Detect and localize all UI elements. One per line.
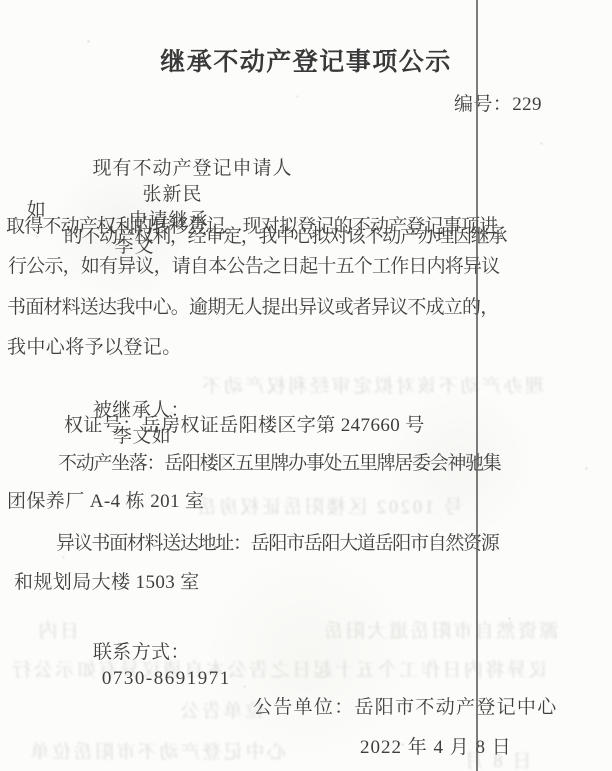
scanned-notice-page: 理办产动不该对拟定审经利权产动不 号 10202 区楼阳岳证权房岳 源资然自市阳… <box>0 0 612 771</box>
doc-number: 编号：229 <box>454 92 542 118</box>
contact-label: 联系方式： <box>93 640 190 666</box>
paragraph-line-5: 书面材料送达我中心。逾期无人提出异议或者异议不成立的， <box>7 295 498 321</box>
objection-address-line-2: 和规划局大楼 1503 室 <box>14 570 200 596</box>
scan-noise-speckles <box>0 0 1 1</box>
notice-content: 继承不动产登记事项公示 编号：229 现有不动产登记申请人 张新民 申请继承 李… <box>0 0 612 771</box>
contact-line: 联系方式： 0730-8691971 <box>62 614 231 718</box>
objection-address-line-1: 异议书面材料送达地址：岳阳市岳阳大道岳阳市自然资源 <box>56 531 499 557</box>
issuer-line: 公告单位：岳阳市不动产登记中心 <box>253 695 558 721</box>
notice-title: 继承不动产登记事项公示 <box>0 42 612 78</box>
contact-phone-number: 0730-8691971 <box>102 666 231 692</box>
property-location-line-2: 团保养厂 A-4 栋 201 室 <box>7 489 204 515</box>
certificate-line: 权证号：岳房权证岳阳楼区字第 247660 号 <box>64 413 425 439</box>
page-fold-line <box>476 0 478 771</box>
property-location-line-1: 不动产坐落：岳阳楼区五里牌办事处五里牌居委会神驰集 <box>58 451 501 477</box>
date-line: 2022 年 4 月 8 日 <box>360 735 512 761</box>
paragraph-line-3: 取得不动产权利的转移登记。现对拟登记的不动产登记事项进 <box>6 214 497 240</box>
paragraph-line-6: 我中心将予以登记。 <box>7 335 182 361</box>
paragraph-line-4: 行公示，如有异议，请自本公告之日起十五个工作日内将异议 <box>8 254 499 280</box>
